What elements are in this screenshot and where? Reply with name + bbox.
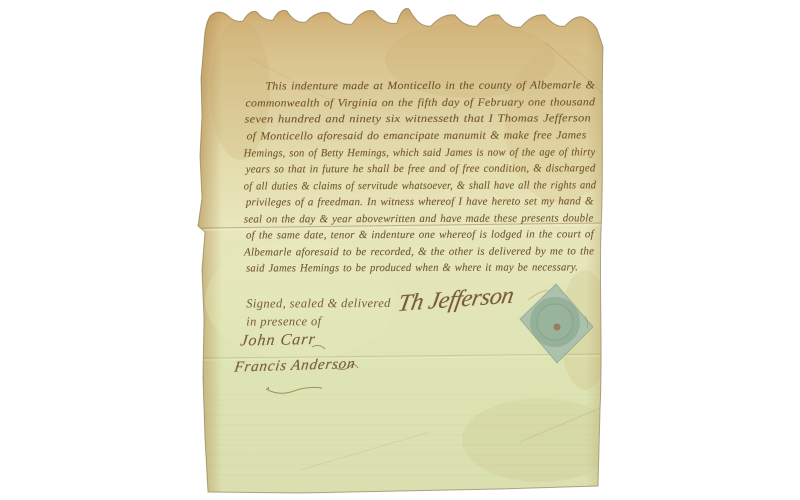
manuscript-line: This indenture made at Monticello in the…	[265, 78, 595, 94]
manuscript-line: commonwealth of Virginia on the fifth da…	[245, 95, 595, 111]
principal-signature: Th Jefferson	[396, 283, 516, 318]
manuscript-line: of the same date, tenor & indenture one …	[246, 227, 594, 243]
attestation-line: Signed, sealed & delivered	[246, 296, 391, 312]
witness-signature: Francis Anderson	[233, 356, 356, 377]
witness-signature: John Carr	[239, 331, 317, 351]
manuscript-line: said James Hemings to be produced when &…	[246, 260, 578, 276]
attestation-line: in presence of	[246, 314, 321, 329]
manuscript-text-layer: This indenture made at Monticello in the…	[0, 0, 800, 500]
manuscript-line: seal on the day & year abovewritten and …	[244, 211, 594, 227]
manuscript-line: seven hundred and ninety six witnesseth …	[245, 111, 592, 127]
manuscript-line: of Monticello aforesaid do emancipate ma…	[247, 128, 587, 144]
manuscript-line: years so that in future he shall be free…	[246, 161, 596, 177]
manuscript-line: Albemarle aforesaid to be recorded, & th…	[244, 244, 594, 260]
manuscript-line: privileges of a freedman. In witness whe…	[246, 194, 594, 210]
manuscript-line: of all duties & claims of servitude what…	[244, 178, 596, 194]
manuscript-line: Hemings, son of Betty Hemings, which sai…	[244, 145, 596, 161]
scanned-document-canvas: This indenture made at Monticello in the…	[0, 0, 800, 500]
